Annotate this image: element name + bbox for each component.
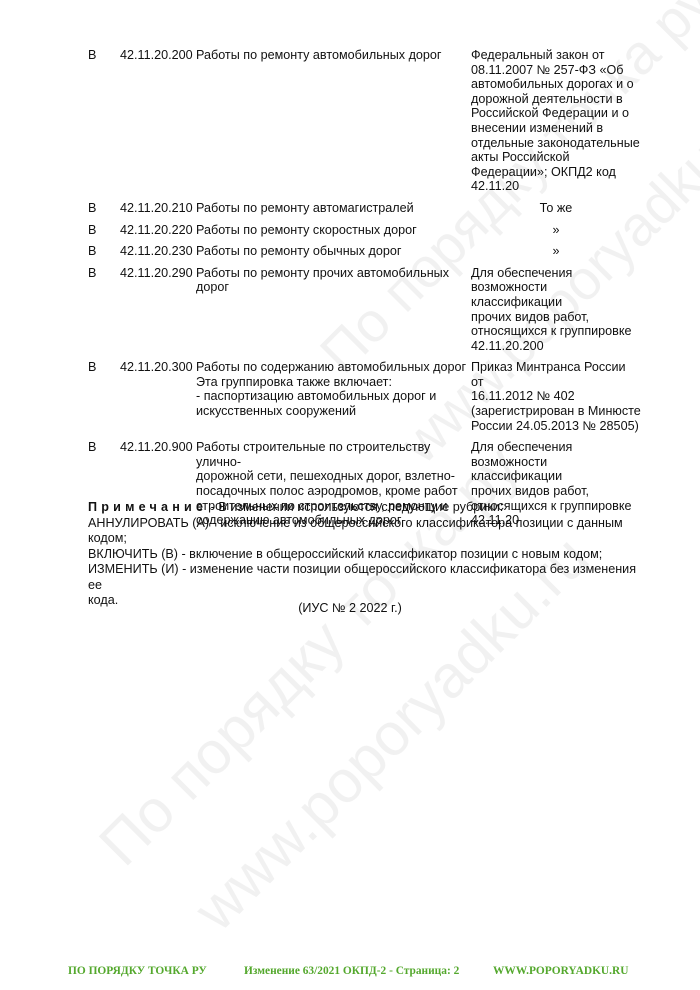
position-name-line: Работы строительные по строительству ули… — [196, 440, 471, 469]
position-name: Работы по ремонту прочих автомобильных д… — [196, 266, 471, 354]
note-line: АННУЛИРОВАТЬ (А) - исключение из общерос… — [88, 516, 648, 547]
change-mark: В — [88, 360, 120, 433]
table-row: В 42.11.20.230 Работы по ремонту обычных… — [88, 244, 668, 259]
basis: Для обеспечения возможности классификаци… — [471, 266, 641, 354]
note-title: Примечание — [88, 500, 207, 514]
table-row: В 42.11.20.210 Работы по ремонту автомаг… — [88, 201, 668, 216]
table-row: В 42.11.20.200 Работы по ремонту автомоб… — [88, 48, 668, 194]
position-name-line: Работы по ремонту прочих автомобильных — [196, 266, 471, 281]
position-name-line: Работы по ремонту скоростных дорог — [196, 223, 471, 238]
table-row: В 42.11.20.220 Работы по ремонту скорост… — [88, 223, 668, 238]
position-name-line: дорог — [196, 280, 471, 295]
basis-line: Федерации»; ОКПД2 код — [471, 165, 641, 180]
okpd-code: 42.11.20.230 — [120, 244, 196, 259]
change-mark: В — [88, 48, 120, 194]
position-name-line: - паспортизацию автомобильных дорог и — [196, 389, 471, 404]
table-row: В 42.11.20.290 Работы по ремонту прочих … — [88, 266, 668, 354]
basis-line: внесении изменений в — [471, 121, 641, 136]
position-name: Работы по ремонту обычных дорог — [196, 244, 471, 259]
position-name-line: посадочных полос аэродромов, кроме работ — [196, 484, 471, 499]
change-mark: В — [88, 201, 120, 216]
classifier-changes-table: В 42.11.20.200 Работы по ремонту автомоб… — [88, 48, 668, 535]
footer-page-info: Изменение 63/2021 ОКПД-2 - Страница: 2 — [244, 965, 459, 977]
basis-line: 42.11.20.200 — [471, 339, 641, 354]
okpd-code: 42.11.20.300 — [120, 360, 196, 433]
position-name: Работы по ремонту автомобильных дорог — [196, 48, 471, 194]
note-line: ИЗМЕНИТЬ (И) - изменение части позиции о… — [88, 562, 648, 593]
okpd-code: 42.11.20.200 — [120, 48, 196, 194]
table-row: В 42.11.20.300 Работы по содержанию авто… — [88, 360, 668, 433]
okpd-code: 42.11.20.290 — [120, 266, 196, 354]
position-name-line: искусственных сооружений — [196, 404, 471, 419]
position-name: Работы по содержанию автомобильных дорог… — [196, 360, 471, 433]
basis: Приказ Минтранса России от 16.11.2012 № … — [471, 360, 641, 433]
note-heading-line: Примечание - В изменении используются сл… — [88, 500, 648, 516]
basis-line: » — [471, 244, 641, 259]
basis-line: автомобильных дорогах и о — [471, 77, 641, 92]
basis-line: 42.11.20 — [471, 179, 641, 194]
basis-line: относящихся к группировке — [471, 324, 641, 339]
basis-line: прочих видов работ, — [471, 310, 641, 325]
position-name-line: Работы по содержанию автомобильных дорог — [196, 360, 471, 375]
ius-reference: (ИУС № 2 2022 г.) — [0, 601, 700, 615]
position-name: Работы по ремонту автомагистралей — [196, 201, 471, 216]
change-mark: В — [88, 223, 120, 238]
basis: Федеральный закон от 08.11.2007 № 257-ФЗ… — [471, 48, 641, 194]
basis-line: возможности классификации — [471, 455, 641, 484]
basis-line: » — [471, 223, 641, 238]
basis-line: Федеральный закон от — [471, 48, 641, 63]
basis-line: То же — [471, 201, 641, 216]
position-name-line: дорожной сети, пешеходных дорог, взлетно… — [196, 469, 471, 484]
footer-site-name: ПО ПОРЯДКУ ТОЧКА РУ — [68, 965, 207, 977]
basis-line: Приказ Минтранса России от — [471, 360, 641, 389]
position-name-line: Работы по ремонту автомобильных дорог — [196, 48, 471, 63]
basis-line: России 24.05.2013 № 28505) — [471, 419, 641, 434]
change-mark: В — [88, 266, 120, 354]
okpd-code: 42.11.20.220 — [120, 223, 196, 238]
basis-line: 08.11.2007 № 257-ФЗ «Об — [471, 63, 641, 78]
basis-line: акты Российской — [471, 150, 641, 165]
position-name: Работы по ремонту скоростных дорог — [196, 223, 471, 238]
basis-line: отдельные законодательные — [471, 136, 641, 151]
basis-line: прочих видов работ, — [471, 484, 641, 499]
note-line: ВКЛЮЧИТЬ (В) - включение в общероссийски… — [88, 547, 648, 563]
basis-line: Российской Федерации и о — [471, 106, 641, 121]
basis: То же — [471, 201, 641, 216]
okpd-code: 42.11.20.210 — [120, 201, 196, 216]
basis: » — [471, 223, 641, 238]
position-name-line: Работы по ремонту автомагистралей — [196, 201, 471, 216]
basis: » — [471, 244, 641, 259]
position-name-line: Работы по ремонту обычных дорог — [196, 244, 471, 259]
change-mark: В — [88, 244, 120, 259]
basis-line: 16.11.2012 № 402 — [471, 389, 641, 404]
note-section: Примечание - В изменении используются сл… — [88, 500, 648, 609]
note-intro: - В изменении используются следующие руб… — [207, 500, 503, 514]
position-name-line: Эта группировка также включает: — [196, 375, 471, 390]
footer-site-url[interactable]: WWW.POPORYADKU.RU — [493, 965, 628, 977]
basis-line: Для обеспечения — [471, 266, 641, 281]
basis-line: Для обеспечения — [471, 440, 641, 455]
basis-line: (зарегистрирован в Минюсте — [471, 404, 641, 419]
basis-line: дорожной деятельности в — [471, 92, 641, 107]
basis-line: возможности классификации — [471, 280, 641, 309]
